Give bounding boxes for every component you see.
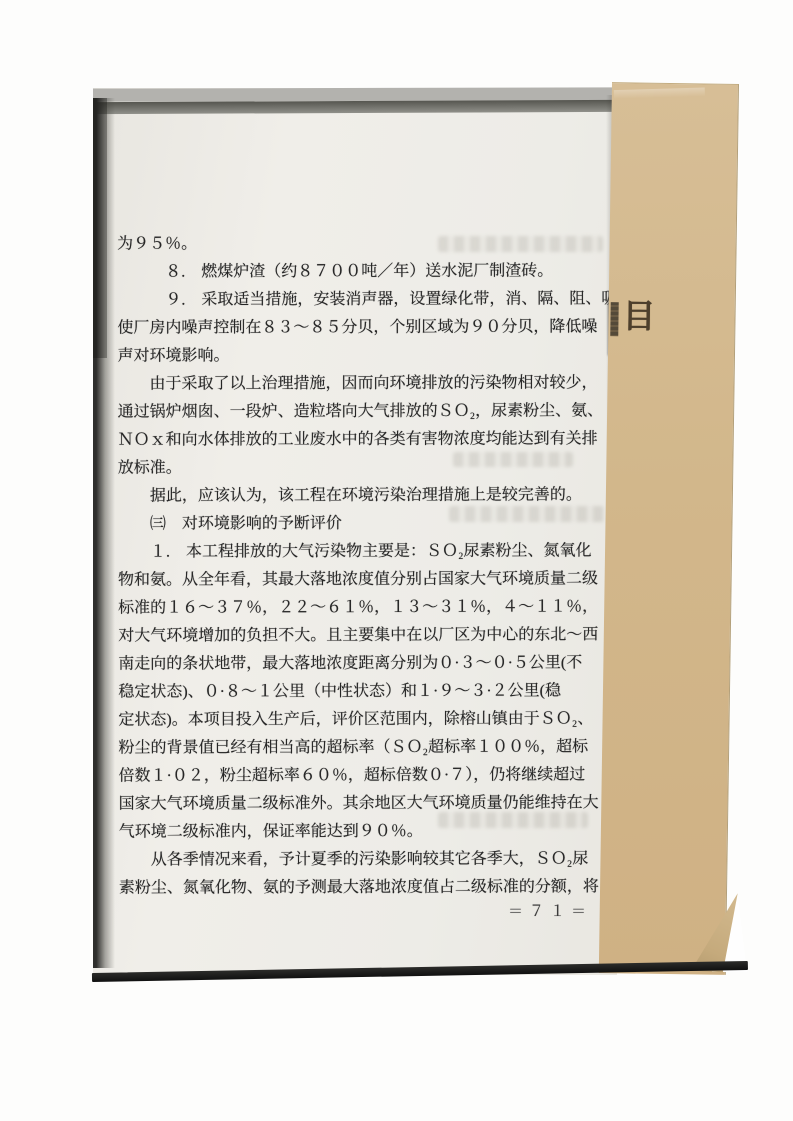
text-line: 从各季情况来看，予计夏季的污染影响较其它各季大，ＳＯ₂尿 bbox=[119, 845, 617, 874]
text-line: 粉尘的背景值已经有相当高的超标率（ＳＯ₂超标率１００％，超标 bbox=[118, 733, 616, 762]
text-line: 南走向的条状地带，最大落地浓度距离分别为０·３～０·５公里(不 bbox=[118, 649, 616, 678]
text-line: ＮＯｘ和向水体排放的工业废水中的各类有害物浓度均能达到有关排 bbox=[118, 425, 616, 454]
book-cover: 目 bbox=[599, 82, 739, 975]
cover-label: 目 bbox=[622, 299, 656, 335]
text-line: 国家大气环境质量二级标准外。其余地区大气环境质量仍能维持在大 bbox=[119, 789, 617, 818]
page-text-block: 为９５％。 ８. 燃煤炉渣（约８７００吨／年）送水泥厂制渣砖。 ９. 采取适当措… bbox=[117, 229, 617, 902]
text-line: 素粉尘、氮氧化物、氨的予测最大落地浓度值占二级标准的分额，将 bbox=[119, 873, 617, 902]
text-line: 由于采取了以上治理措施，因而向环境排放的污染物相对较少， bbox=[117, 369, 615, 398]
text-line: ９. 采取适当措施，安装消声器，设置绿化带，消、隔、阻、吸， bbox=[117, 285, 615, 314]
page-top-edge-shadow bbox=[95, 100, 614, 114]
text-line: 为９５％。 bbox=[117, 229, 615, 258]
text-line: ㈢ 对环境影响的予断评价 bbox=[118, 509, 616, 538]
text-line: 标准的１６～３７％，２２～６１％，１３～３１％，４～１１％， bbox=[118, 593, 616, 622]
text-line: 定状态)。本项目投入生产后，评价区范围内，除榕山镇由于ＳＯ₂、 bbox=[118, 705, 616, 734]
cover-crease bbox=[614, 88, 705, 100]
text-line: 气环境二级标准内，保证率能达到９０％。 bbox=[119, 817, 617, 846]
text-line: １. 本工程排放的大气污染物主要是：ＳＯ₂尿素粉尘、氮氧化 bbox=[118, 537, 616, 566]
text-line: 通过锅炉烟囱、一段炉、造粒塔向大气排放的ＳＯ₂，尿素粉尘、氨、 bbox=[118, 397, 616, 426]
text-line: 使厂房内噪声控制在８３～８５分贝，个别区域为９０分贝，降低噪 bbox=[117, 313, 615, 342]
text-line: 稳定状态)、０·８～１公里（中性状态）和１·９～３·２公里(稳 bbox=[118, 677, 616, 706]
text-line: 放标准。 bbox=[118, 453, 616, 482]
page-left-edge-dark bbox=[93, 98, 107, 358]
text-line: 对大气环境增加的负担不大。且主要集中在以厂区为中心的东北～西 bbox=[118, 621, 616, 650]
cover-edge-mark bbox=[610, 302, 619, 336]
scanned-book-photo: 为９５％。 ８. 燃煤炉渣（约８７００吨／年）送水泥厂制渣砖。 ９. 采取适当措… bbox=[0, 0, 793, 1121]
text-line: ８. 燃煤炉渣（约８７００吨／年）送水泥厂制渣砖。 bbox=[117, 257, 615, 286]
text-line: 据此，应该认为，该工程在环境污染治理措施上是较完善的。 bbox=[118, 481, 616, 510]
text-line: 倍数１·０２，粉尘超标率６０％，超标倍数０·７），仍将继续超过 bbox=[119, 761, 617, 790]
scanned-page: 为９５％。 ８. 燃煤炉渣（约８７００吨／年）送水泥厂制渣砖。 ９. 采取适当措… bbox=[93, 88, 617, 975]
text-line: 声对环境影响。 bbox=[117, 341, 615, 370]
text-line: 物和氨。从全年看，其最大落地浓度值分别占国家大气环境质量二级 bbox=[118, 565, 616, 594]
